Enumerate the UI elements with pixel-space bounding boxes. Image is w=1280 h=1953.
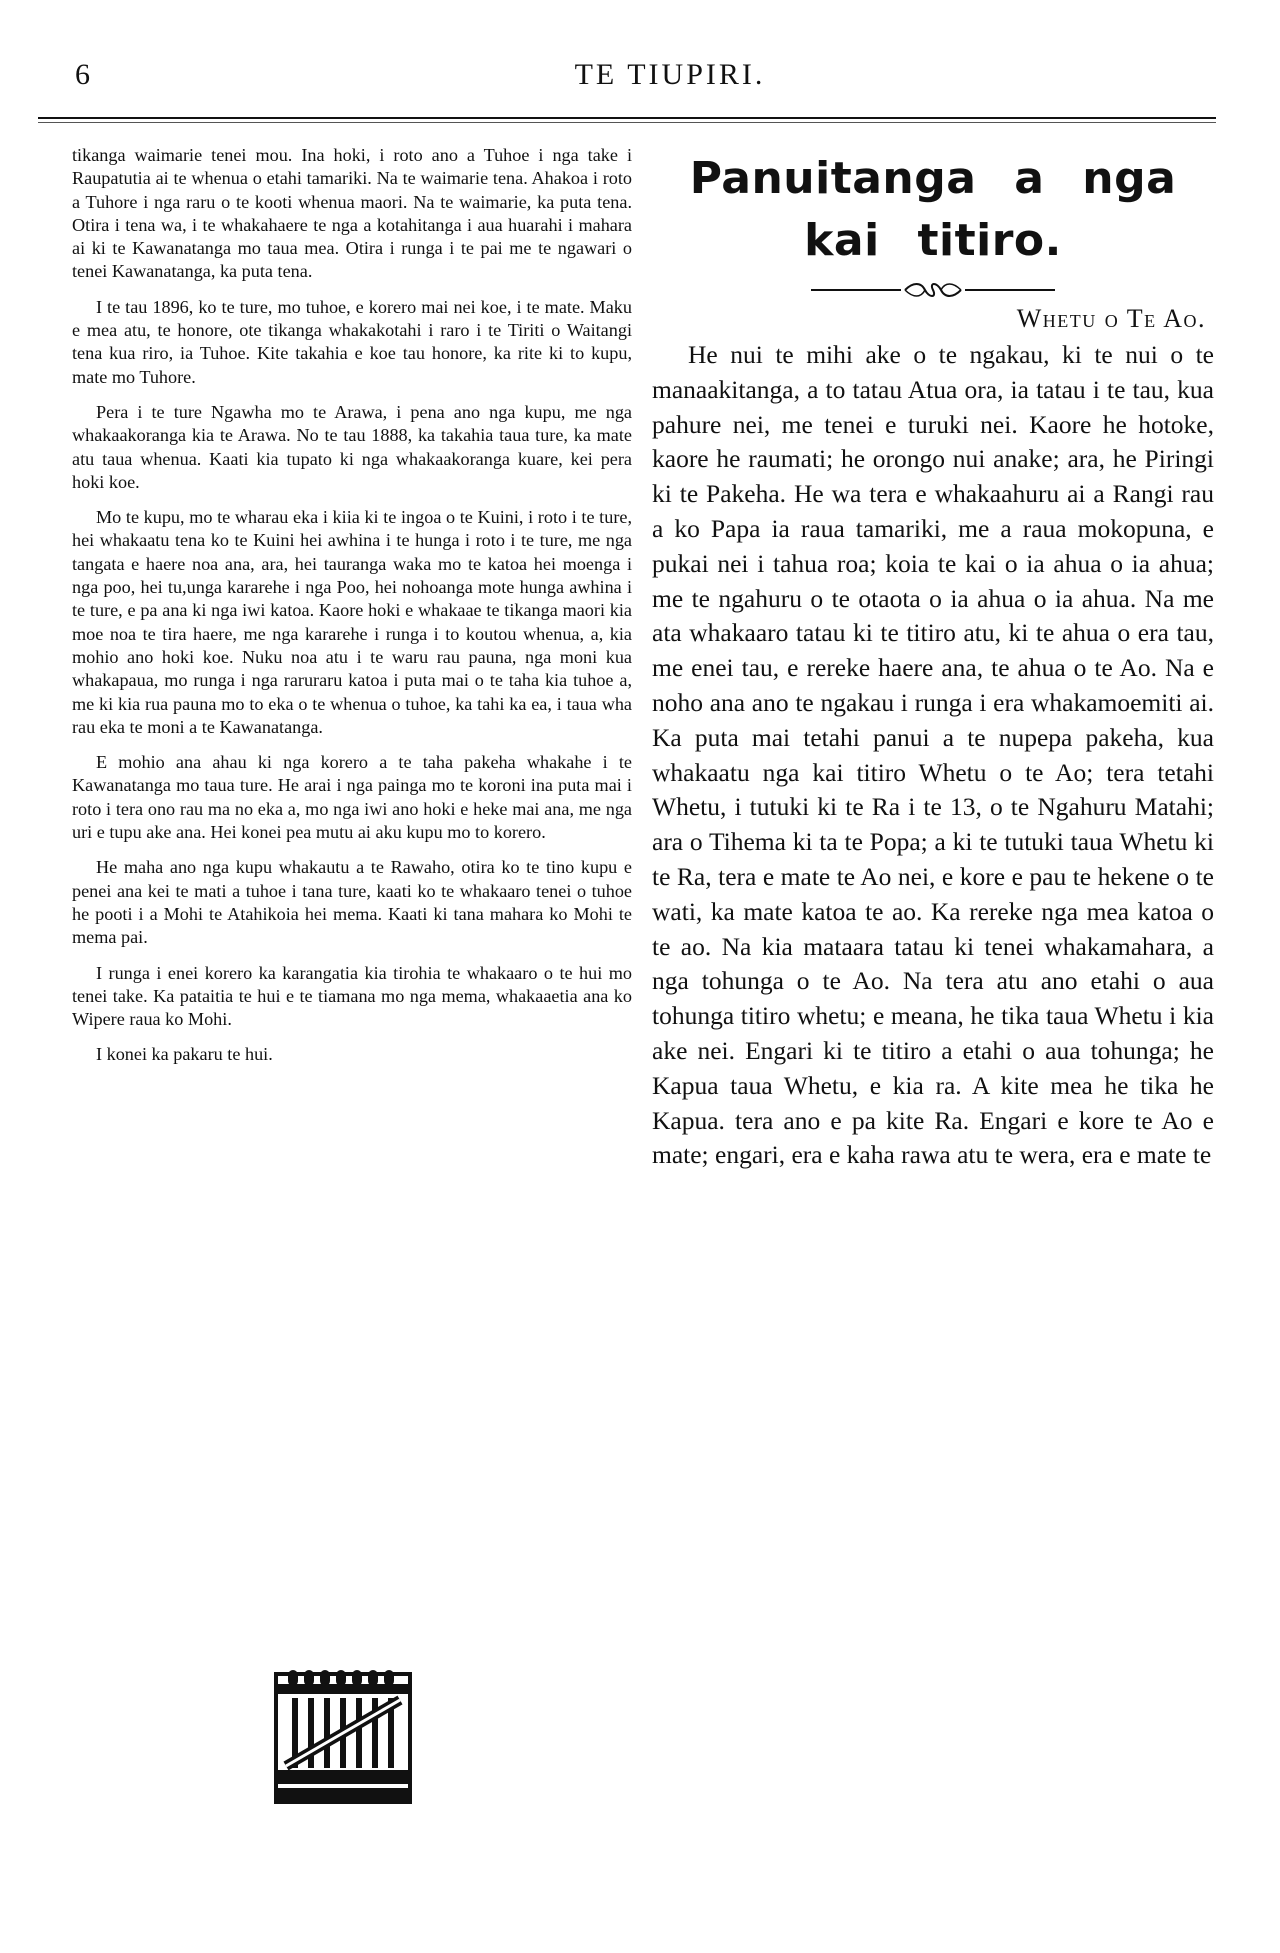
paragraph: I te tau 1896, ko te ture, mo tuhoe, e k… [72, 296, 632, 389]
article-subheading: Whetu o Te Ao. [652, 304, 1206, 334]
article-headline: Panuitanga a nga kai titiro. [652, 148, 1214, 272]
page-header: 6 TE TIUPIRI. [70, 58, 1210, 108]
scroll-ornament-icon [652, 282, 1214, 298]
paragraph: I runga i enei korero ka karangatia kia … [72, 962, 632, 1032]
paragraph: I konei ka pakaru te hui. [72, 1043, 632, 1066]
newspaper-page: 6 TE TIUPIRI. tikanga waimarie tenei mou… [0, 0, 1280, 1953]
header-rule [38, 117, 1216, 119]
header-rule-thin [38, 122, 1216, 123]
paragraph: He maha ano nga kupu whakautu a te Rawah… [72, 856, 632, 949]
paragraph: tikanga waimarie tenei mou. Ina hoki, i … [72, 144, 632, 284]
article-body: He nui te mihi ake o te ngakau, ki te nu… [652, 338, 1214, 1173]
page-title: TE TIUPIRI. [70, 58, 1210, 92]
right-column: Panuitanga a nga kai titiro. Whetu o Te … [652, 148, 1214, 1173]
paragraph: E mohio ana ahau ki nga korero a te taha… [72, 751, 632, 844]
gate-woodcut-icon [268, 1670, 418, 1810]
left-column: tikanga waimarie tenei mou. Ina hoki, i … [72, 144, 632, 1079]
paragraph: Mo te kupu, mo te wharau eka i kiia ki t… [72, 506, 632, 739]
paragraph: Pera i te ture Ngawha mo te Arawa, i pen… [72, 401, 632, 494]
